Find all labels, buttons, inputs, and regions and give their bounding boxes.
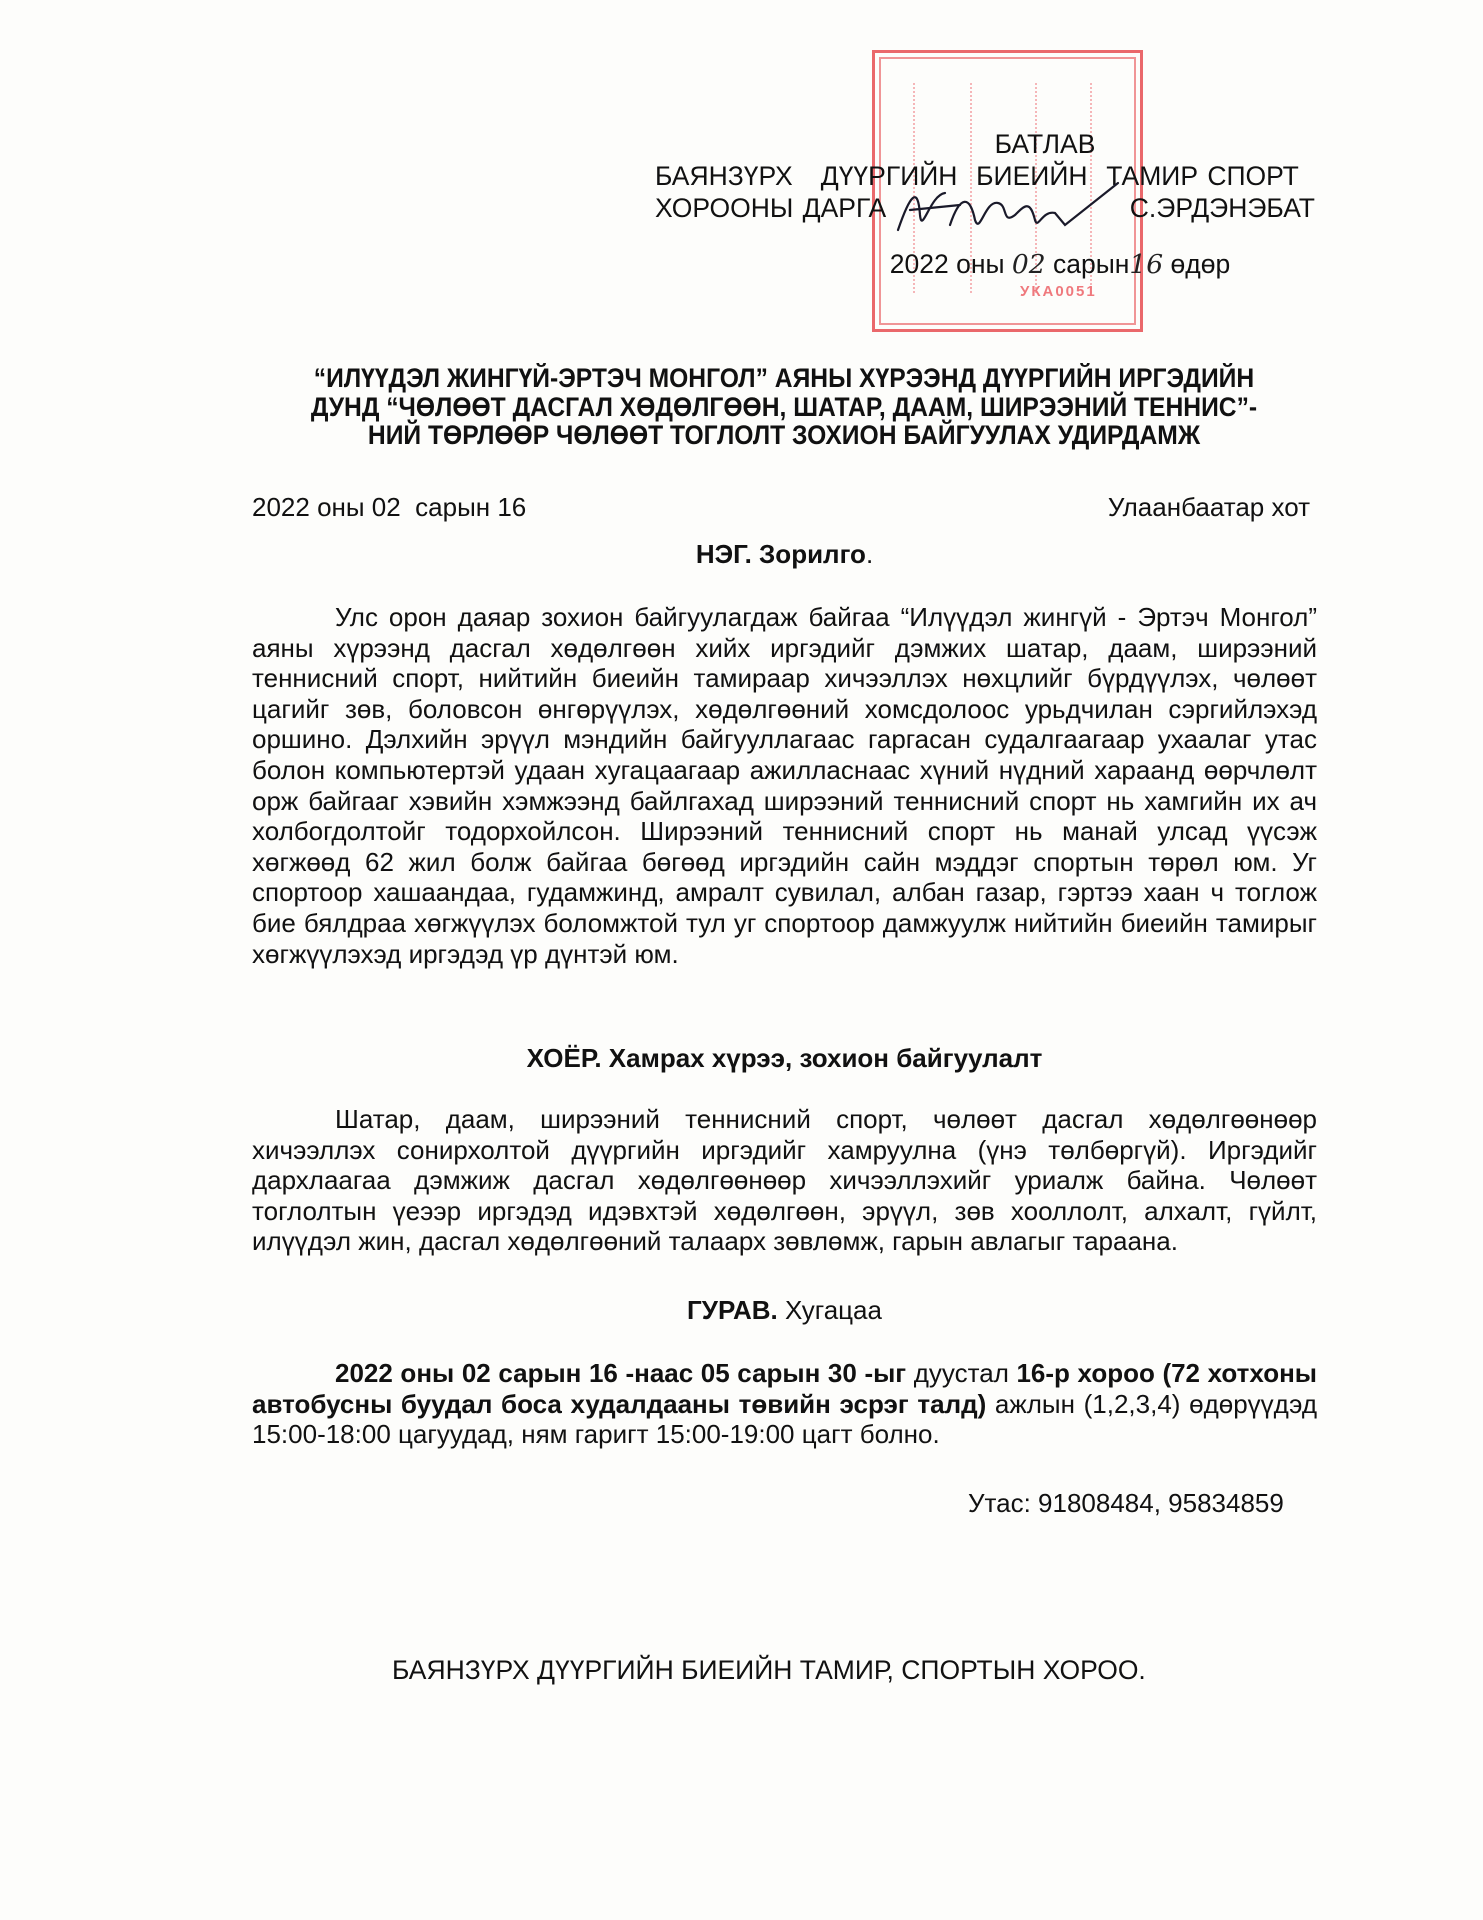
approval-position: ХОРООНЫ ДАРГА bbox=[655, 192, 886, 224]
title-line: “ИЛҮҮДЭЛ ЖИНГҮЙ-ЭРТЭЧ МОНГОЛ” АЯНЫ ХҮРЭЭ… bbox=[287, 364, 1280, 393]
approval-heading: БАТЛАВ bbox=[655, 128, 1315, 160]
document-place: Улаанбаатар хот bbox=[1108, 492, 1310, 523]
section-heading-bold: ХОЁР. Хамрах хүрээ, зохион байгуулалт bbox=[527, 1043, 1043, 1073]
approval-signer-name: С.ЭРДЭНЭБАТ bbox=[1130, 192, 1315, 224]
approval-date: 2022 оны 02 сарын16 өдөр bbox=[655, 248, 1315, 281]
document-date-line: 2022 оны 02 сарын 16 Улаанбаатар хот bbox=[252, 492, 1310, 523]
issuing-organization: БАЯНЗҮРХ ДҮҮРГИЙН БИЕИЙН ТАМИР, СПОРТЫН … bbox=[392, 1655, 1146, 1686]
section-heading-scope: ХОЁР. Хамрах хүрээ, зохион байгуулалт bbox=[252, 1043, 1317, 1074]
approval-date-suffix: өдөр bbox=[1171, 249, 1231, 279]
section-heading-bold: ГУРАВ. bbox=[687, 1295, 778, 1325]
title-line: ДУНД “ЧӨЛӨӨТ ДАСГАЛ ХӨДӨЛГӨӨН, ШАТАР, ДА… bbox=[287, 393, 1280, 422]
section-heading-bold: НЭГ. Зорилго bbox=[696, 539, 866, 569]
contact-phone: Утас: 91808484, 95834859 bbox=[968, 1488, 1284, 1519]
schedule-dates: 2022 оны 02 сарын 16 -наас 05 сарын 30 -… bbox=[335, 1358, 906, 1388]
section-heading-rest: . bbox=[866, 539, 873, 569]
document-date: 2022 оны 02 сарын 16 bbox=[252, 492, 526, 523]
title-line: НИЙ ТӨРЛӨӨР ЧӨЛӨӨТ ТОГЛОЛТ ЗОХИОН БАЙГУУ… bbox=[287, 421, 1280, 450]
document-title: “ИЛҮҮДЭЛ ЖИНГҮЙ-ЭРТЭЧ МОНГОЛ” АЯНЫ ХҮРЭЭ… bbox=[287, 364, 1280, 450]
section-heading-schedule: ГУРАВ. Хугацаа bbox=[252, 1295, 1317, 1326]
approval-date-year: 2022 оны bbox=[890, 249, 1005, 279]
approval-signer-line: ХОРООНЫ ДАРГА С.ЭРДЭНЭБАТ bbox=[655, 192, 1315, 224]
schedule-connector: дуустал bbox=[906, 1358, 1016, 1388]
section-heading-goal: НЭГ. Зорилго. bbox=[252, 539, 1317, 570]
section-heading-rest: Хугацаа bbox=[778, 1295, 882, 1325]
stamp-code: УКА0051 bbox=[1020, 283, 1097, 300]
section-body-schedule: 2022 оны 02 сарын 16 -наас 05 сарын 30 -… bbox=[252, 1358, 1317, 1450]
approval-date-month-label: сарын bbox=[1053, 249, 1129, 279]
section-body-goal: Улс орон даяар зохион байгуулагдаж байга… bbox=[252, 602, 1317, 969]
approval-organization: БАЯНЗҮРХ ДҮҮРГИЙН БИЕИЙН ТАМИР СПОРТ bbox=[655, 160, 1315, 192]
approval-block: БАТЛАВ БАЯНЗҮРХ ДҮҮРГИЙН БИЕИЙН ТАМИР СП… bbox=[655, 128, 1315, 281]
section-body-scope: Шатар, даам, ширээний теннисний спорт, ч… bbox=[252, 1104, 1317, 1257]
approval-date-day: 16 bbox=[1129, 249, 1163, 280]
approval-date-month: 02 bbox=[1012, 249, 1046, 280]
